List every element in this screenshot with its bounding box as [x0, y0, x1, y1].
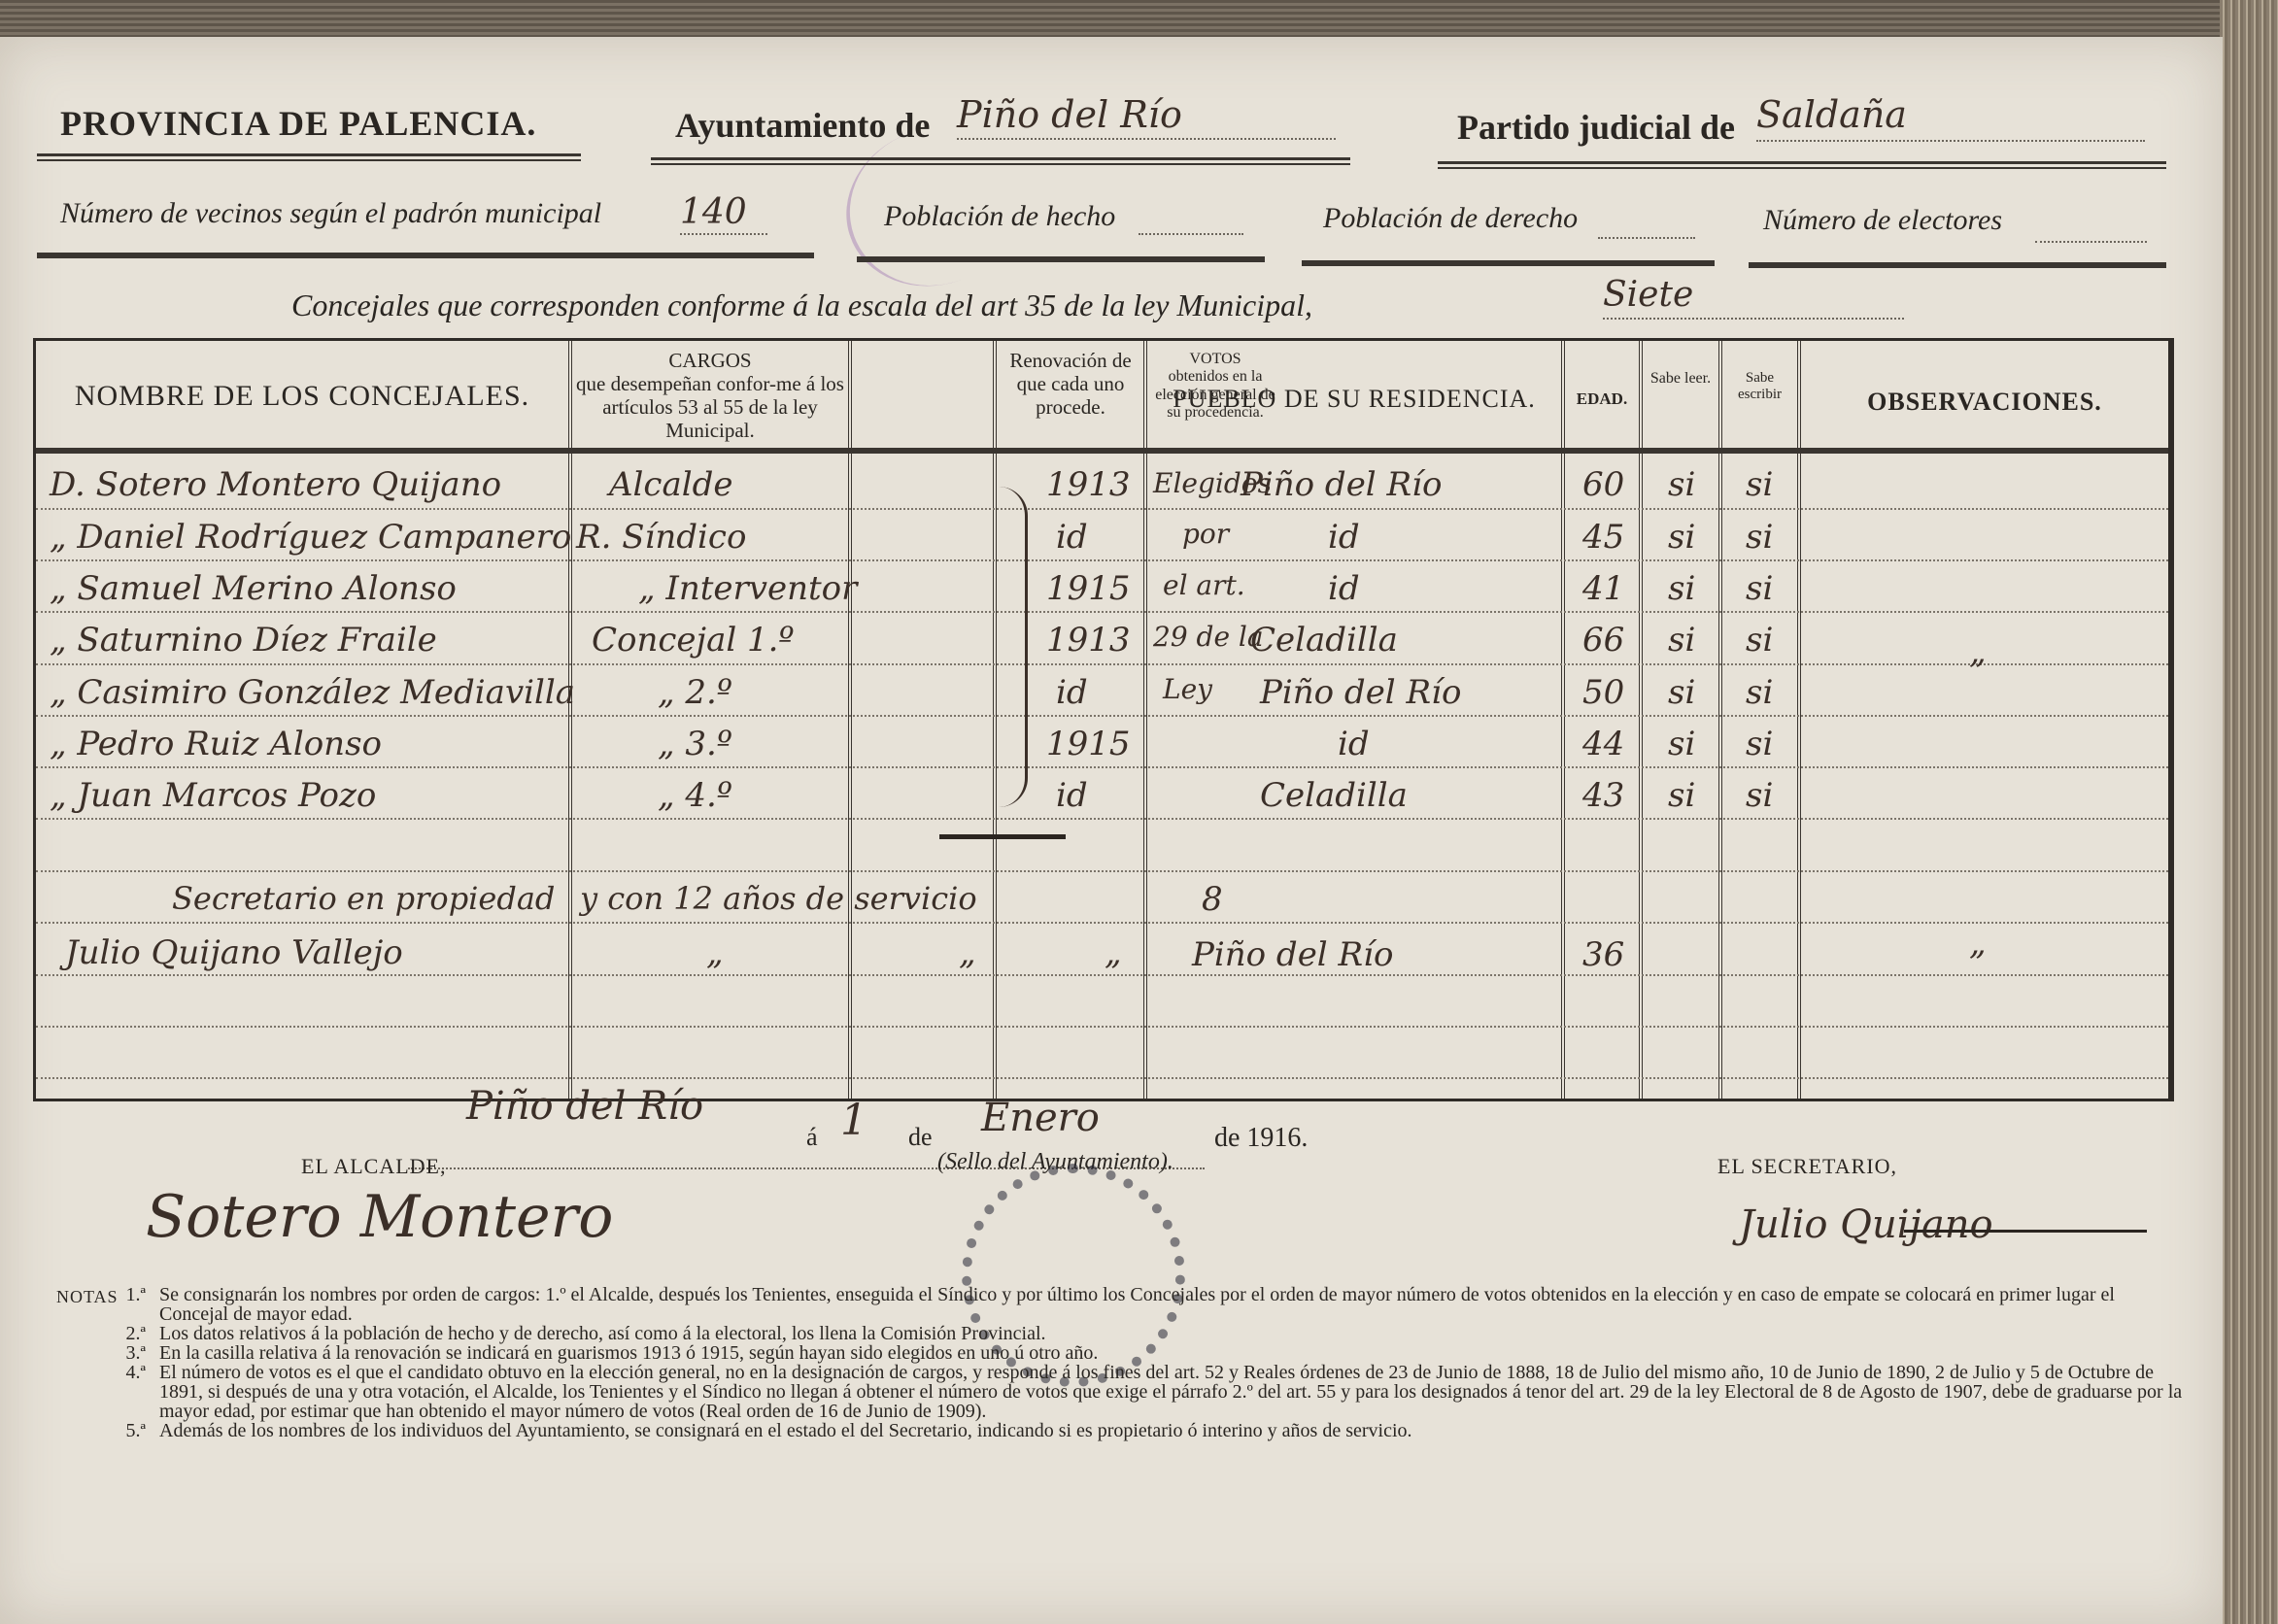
divider — [37, 153, 581, 161]
cell-nombre: „ Casimiro González Mediavilla — [50, 673, 575, 712]
note-number: 4.ª — [49, 1363, 159, 1421]
row-line — [36, 663, 2168, 665]
header-pueblo: PUEBLO DE SU RESIDENCIA. — [1147, 385, 1561, 414]
header-edad: EDAD. — [1565, 389, 1639, 409]
cell-nombre: „ Juan Marcos Pozo — [50, 776, 376, 815]
cell-renovacion: id — [1056, 518, 1088, 557]
cell-edad: 44 — [1582, 725, 1624, 763]
divider — [651, 157, 1350, 165]
cell-leer: si — [1668, 518, 1695, 557]
cell-renovacion: 1915 — [1046, 569, 1131, 608]
cell-renovacion: 1915 — [1046, 725, 1131, 763]
secretario-cargo: „ — [706, 933, 724, 972]
row-line — [36, 611, 2168, 613]
header-cargos-title: CARGOS — [572, 349, 848, 372]
divider — [37, 253, 814, 258]
secretario-renovacion: „ — [959, 933, 976, 972]
header-sabe-escribir: Sabe escribir — [1722, 370, 1797, 404]
cell-escribir: si — [1746, 621, 1773, 660]
document-page: PROVINCIA DE PALENCIA. Ayuntamiento de P… — [0, 37, 2223, 1624]
note-number: 5.ª — [49, 1421, 159, 1440]
cell-obs: „ — [1969, 632, 1987, 671]
note-item: 5.ªAdemás de los nombres de los individu… — [49, 1421, 2186, 1440]
note-number: 3.ª — [49, 1343, 159, 1363]
cell-renovacion: id — [1056, 776, 1088, 815]
cell-leer: si — [1668, 465, 1695, 504]
col-divider — [993, 341, 997, 1099]
province-title: PROVINCIA DE PALENCIA. — [60, 103, 536, 144]
cell-edad: 43 — [1582, 776, 1624, 815]
cell-cargo: Alcalde — [609, 465, 733, 504]
header-cargos-sub: que desempeñan confor-me á los artículos… — [572, 372, 848, 442]
vecinos-label: Número de vecinos según el padrón munici… — [60, 197, 601, 230]
book-page-edges-top — [0, 0, 2278, 39]
col-divider — [1718, 341, 1722, 1099]
concejales-field[interactable]: Siete — [1603, 275, 1904, 320]
row-line — [36, 766, 2168, 768]
divider — [1438, 161, 2166, 169]
note-item: 3.ªEn la casilla relativa á la renovació… — [49, 1343, 2186, 1363]
cell-cargo: R. Síndico — [576, 518, 746, 557]
col-divider — [1561, 341, 1565, 1099]
cell-nombre: D. Sotero Montero Quijano — [50, 465, 501, 504]
cell-pueblo: id — [1328, 518, 1360, 557]
row-line — [36, 1077, 2168, 1079]
divider — [857, 256, 1265, 262]
date-a-label: á — [806, 1123, 818, 1152]
note-text: El número de votos es el que el candidat… — [159, 1363, 2186, 1421]
partido-field[interactable]: Saldaña — [1756, 93, 2145, 142]
concejales-table: NOMBRE DE LOS CONCEJALES. CARGOS que des… — [33, 338, 2174, 1101]
cell-pueblo: id — [1328, 569, 1360, 608]
cell-escribir: si — [1746, 776, 1773, 815]
poblacion-derecho-field[interactable] — [1598, 233, 1695, 239]
notes-section: Notas 1.ªSe consignarán los nombres por … — [49, 1285, 2186, 1440]
col-divider — [848, 341, 852, 1099]
col-divider — [1639, 341, 1643, 1099]
cell-votos: por — [1182, 518, 1229, 550]
date-month[interactable]: Enero — [981, 1096, 1100, 1140]
cell-leer: si — [1668, 569, 1695, 608]
row-line — [36, 1026, 2168, 1028]
secretario-edad: 36 — [1582, 935, 1624, 974]
cell-renovacion: 1913 — [1046, 465, 1131, 504]
col-divider — [568, 341, 572, 1099]
cell-escribir: si — [1746, 569, 1773, 608]
row-line — [36, 715, 2168, 717]
vecinos-field[interactable]: 140 — [680, 192, 767, 235]
partido-label: Partido judicial de — [1457, 107, 1735, 148]
cell-edad: 60 — [1582, 465, 1624, 504]
divider — [1302, 260, 1715, 266]
row-line — [36, 559, 2168, 561]
concejales-label: Concejales que corresponden conforme á l… — [291, 288, 1312, 323]
poblacion-hecho-field[interactable] — [1139, 229, 1243, 235]
cell-nombre: „ Daniel Rodríguez Campanero — [50, 518, 571, 557]
cell-leer: si — [1668, 776, 1695, 815]
poblacion-derecho-label: Población de derecho — [1323, 202, 1578, 235]
cell-cargo: Concejal 1.º — [592, 621, 794, 660]
cell-leer: si — [1668, 621, 1695, 660]
secretario-servicio: y con 12 años de servicio — [580, 880, 977, 917]
cell-votos: el art. — [1163, 569, 1245, 601]
date-de-label: de — [908, 1123, 933, 1152]
cell-votos: Ley — [1163, 673, 1212, 705]
cell-renovacion: 1913 — [1046, 621, 1131, 660]
note-text: Se consignarán los nombres por orden de … — [159, 1285, 2186, 1324]
header-cargos: CARGOS que desempeñan confor-me á los ar… — [572, 349, 848, 443]
row-line — [36, 922, 2168, 924]
electores-field[interactable] — [2035, 237, 2147, 243]
signature-flourish — [1904, 1230, 2147, 1233]
alcalde-signature: Sotero Montero — [146, 1183, 613, 1251]
cell-nombre: „ Pedro Ruiz Alonso — [50, 725, 382, 763]
secretario-signature: Julio Quijano — [1739, 1202, 1993, 1247]
date-place[interactable]: Piño del Río — [466, 1084, 703, 1129]
book-page-edges-right — [2220, 0, 2278, 1624]
cell-cargo: „ Interventor — [638, 569, 857, 608]
alcalde-label: El Alcalde, — [301, 1154, 447, 1179]
cell-cargo: „ 4.º — [658, 776, 732, 815]
secretario-votos: „ — [1105, 933, 1122, 972]
note-text: Además de los nombres de los individuos … — [159, 1421, 2186, 1440]
cell-renovacion: id — [1056, 673, 1088, 712]
col-divider — [1797, 341, 1801, 1099]
cell-pueblo: Piño del Río — [1241, 465, 1442, 504]
note-item: 2.ªLos datos relativos á la población de… — [49, 1324, 2186, 1343]
row-line — [36, 974, 2168, 976]
note-item: 1.ªSe consignarán los nombres por orden … — [49, 1285, 2186, 1324]
underline-mark — [939, 834, 1066, 839]
cell-pueblo: Celadilla — [1260, 776, 1408, 815]
cell-escribir: si — [1746, 725, 1773, 763]
note-number: 2.ª — [49, 1324, 159, 1343]
note-text: En la casilla relativa á la renovación s… — [159, 1343, 2186, 1363]
row-line — [36, 870, 2168, 872]
header-divider — [36, 448, 2168, 454]
date-year-label: de 1916. — [1214, 1123, 1308, 1154]
cell-leer: si — [1668, 673, 1695, 712]
cell-escribir: si — [1746, 465, 1773, 504]
cell-leer: si — [1668, 725, 1695, 763]
cell-nombre: „ Samuel Merino Alonso — [50, 569, 457, 608]
col-divider — [1143, 341, 1147, 1099]
header-renovacion: Renovación de que cada uno procede. — [998, 349, 1143, 419]
notes-title: Notas — [56, 1287, 119, 1306]
note-text: Los datos relativos á la población de he… — [159, 1324, 2186, 1343]
cell-edad: 45 — [1582, 518, 1624, 557]
poblacion-hecho-label: Población de hecho — [884, 200, 1115, 233]
cell-pueblo: Piño del Río — [1260, 673, 1461, 712]
divider — [1749, 262, 2166, 268]
cell-edad: 66 — [1582, 621, 1624, 660]
secretario-pueblo-mark: 8 — [1202, 880, 1223, 919]
note-item: 4.ªEl número de votos es el que el candi… — [49, 1363, 2186, 1421]
header-observaciones: OBSERVACIONES. — [1801, 388, 2168, 417]
electores-label: Número de electores — [1763, 204, 2002, 237]
header-nombre: NOMBRE DE LOS CONCEJALES. — [36, 380, 568, 414]
ayuntamiento-label: Ayuntamiento de — [675, 105, 930, 146]
cell-escribir: si — [1746, 518, 1773, 557]
ayuntamiento-field[interactable]: Piño del Río — [957, 93, 1336, 140]
date-day[interactable]: 1 — [840, 1096, 867, 1145]
cell-votos: 29 de la — [1153, 621, 1264, 653]
cell-edad: 50 — [1582, 673, 1624, 712]
secretario-label-footer: El Secretario, — [1717, 1154, 1897, 1179]
cell-nombre: „ Saturnino Díez Fraile — [50, 621, 437, 660]
row-line — [36, 508, 2168, 510]
cell-pueblo: Celadilla — [1250, 621, 1398, 660]
header-votos-title: VOTOS — [1147, 351, 1283, 368]
secretario-label: Secretario en propiedad — [172, 880, 555, 917]
cell-cargo: „ 2.º — [658, 673, 732, 712]
cell-pueblo: id — [1338, 725, 1370, 763]
cell-cargo: „ 3.º — [658, 725, 732, 763]
secretario-nombre: Julio Quijano Vallejo — [65, 933, 403, 972]
secretario-pueblo: Piño del Río — [1192, 935, 1393, 974]
cell-edad: 41 — [1582, 569, 1624, 608]
row-line — [36, 818, 2168, 820]
secretario-obs: „ — [1969, 924, 1987, 963]
cell-escribir: si — [1746, 673, 1773, 712]
bracket-mark — [998, 487, 1028, 807]
header-sabe-leer: Sabe leer. — [1643, 370, 1718, 388]
